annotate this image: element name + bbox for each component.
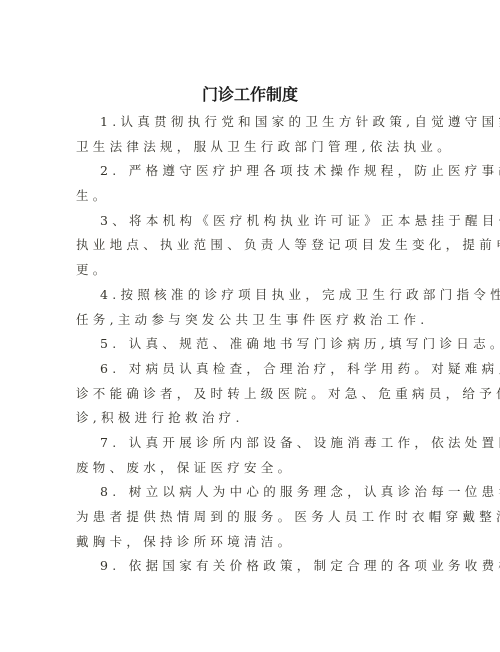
text-line: 更。	[76, 258, 428, 283]
text-line: 戴胸卡，保持诊所环境清洁。	[76, 530, 428, 555]
text-line: 任务,主动参与突发公共卫生事件医疗救治工作.	[76, 308, 428, 333]
text-line: 4.按照核准的诊疗项目执业，完成卫生行政部门指令性工作	[76, 283, 428, 308]
text-line: 为患者提供热情周到的服务。医务人员工作时衣帽穿戴整洁，佩	[76, 505, 428, 530]
text-line: 生。	[76, 184, 428, 209]
text-line: 诊不能确诊者，及时转上级医院。对急、危重病员，给予优先接	[76, 382, 428, 407]
text-line: 5. 认真、规范、准确地书写门诊病历,填写门诊日志。	[76, 332, 428, 357]
text-line: 废物、废水，保证医疗安全。	[76, 456, 428, 481]
document-body: 1.认真贯彻执行党和国家的卫生方针政策,自觉遵守国家的 卫生法律法规，服从卫生行…	[76, 110, 428, 579]
text-line: 卫生法律法规，服从卫生行政部门管理,依法执业。	[76, 135, 428, 160]
text-line: 执业地点、执业范围、负责人等登记项目发生变化，提前申请变	[76, 233, 428, 258]
document-title: 门诊工作制度	[0, 83, 500, 107]
text-line: 诊,积极进行抢救治疗.	[76, 406, 428, 431]
document-page: 门诊工作制度 1.认真贯彻执行党和国家的卫生方针政策,自觉遵守国家的 卫生法律法…	[0, 0, 500, 652]
text-line: 6. 对病员认真检查，合理治疗，科学用药。对疑难病人门	[76, 357, 428, 382]
text-line: 9. 依据国家有关价格政策，制定合理的各项业务收费标准	[76, 554, 428, 579]
text-line: 8. 树立以病人为中心的服务理念，认真诊治每一位患者，	[76, 480, 428, 505]
text-line: 3、将本机构《医疗机构执业许可证》正本悬挂于醒目位置，	[76, 209, 428, 234]
text-line: 2. 严格遵守医疗护理各项技术操作规程，防止医疗事故发	[76, 159, 428, 184]
text-line: 7. 认真开展诊所内部设备、设施消毒工作，依法处置医疗	[76, 431, 428, 456]
text-line: 1.认真贯彻执行党和国家的卫生方针政策,自觉遵守国家的	[76, 110, 428, 135]
